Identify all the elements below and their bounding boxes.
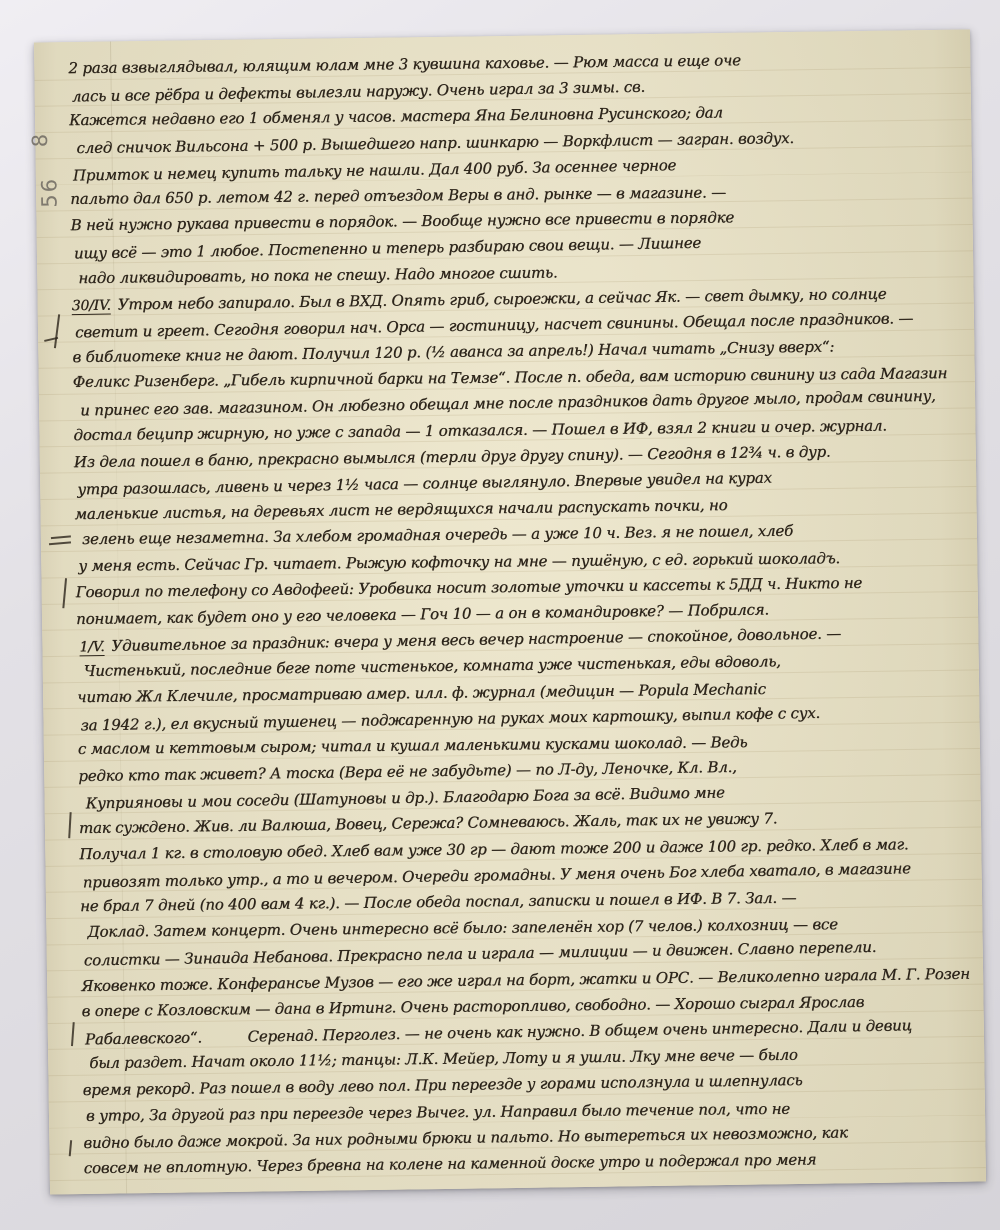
pen-margin-mark xyxy=(71,1022,75,1046)
manuscript-text-block: 2 раза взвыглядывал, юлящим юлам мне 3 к… xyxy=(68,44,972,1182)
line-text: Кажется недавно его 1 обменял у часов. м… xyxy=(69,104,723,130)
line-text: Говорил по телефону со Авдофеей: Уробвик… xyxy=(76,574,863,601)
line-text: с маслом и кеттовым сыром; читал и кушал… xyxy=(78,733,748,758)
diary-page-paper: 8 56 2 раза взвыглядывал, юлящим юлам мн… xyxy=(34,30,986,1195)
line-text: пальто дал 650 р. летом 42 г. перед отъе… xyxy=(70,183,726,208)
entry-date: 1/V. xyxy=(79,639,104,656)
line-text: совсем не вплотную. Через бревна на коле… xyxy=(84,1150,817,1177)
margin-page-number-top: 8 xyxy=(28,134,52,148)
line-text: в утро, За другой раз при переезде через… xyxy=(86,1099,790,1124)
line-text: был раздет. Начат около 11½; танцы: Л.К.… xyxy=(89,1046,798,1072)
pen-margin-mark xyxy=(51,535,71,539)
pen-margin-mark xyxy=(44,337,58,342)
line-text: не брал 7 дней (по 400 вам 4 кг.). — Пос… xyxy=(80,889,796,915)
margin-page-number-bottom: 56 xyxy=(37,177,61,208)
pen-margin-mark xyxy=(62,578,67,608)
pen-margin-mark xyxy=(68,812,71,838)
pen-margin-mark xyxy=(54,314,60,348)
line-text: зелень еще незаметна. За хлебом громадна… xyxy=(82,522,793,548)
pen-margin-mark xyxy=(49,541,71,545)
pen-margin-mark xyxy=(69,1140,72,1156)
entry-date: 30/IV. xyxy=(72,297,111,315)
line-text: достал беципр жирную, но уже с запада — … xyxy=(73,416,887,444)
scan-background: 8 56 2 раза взвыглядывал, юлящим юлам мн… xyxy=(0,0,1000,1230)
line-text: время рекорд. Раз пошел в воду лево пол.… xyxy=(83,1071,803,1099)
line-text: надо ликвидировать, но пока не спешу. На… xyxy=(78,263,557,287)
